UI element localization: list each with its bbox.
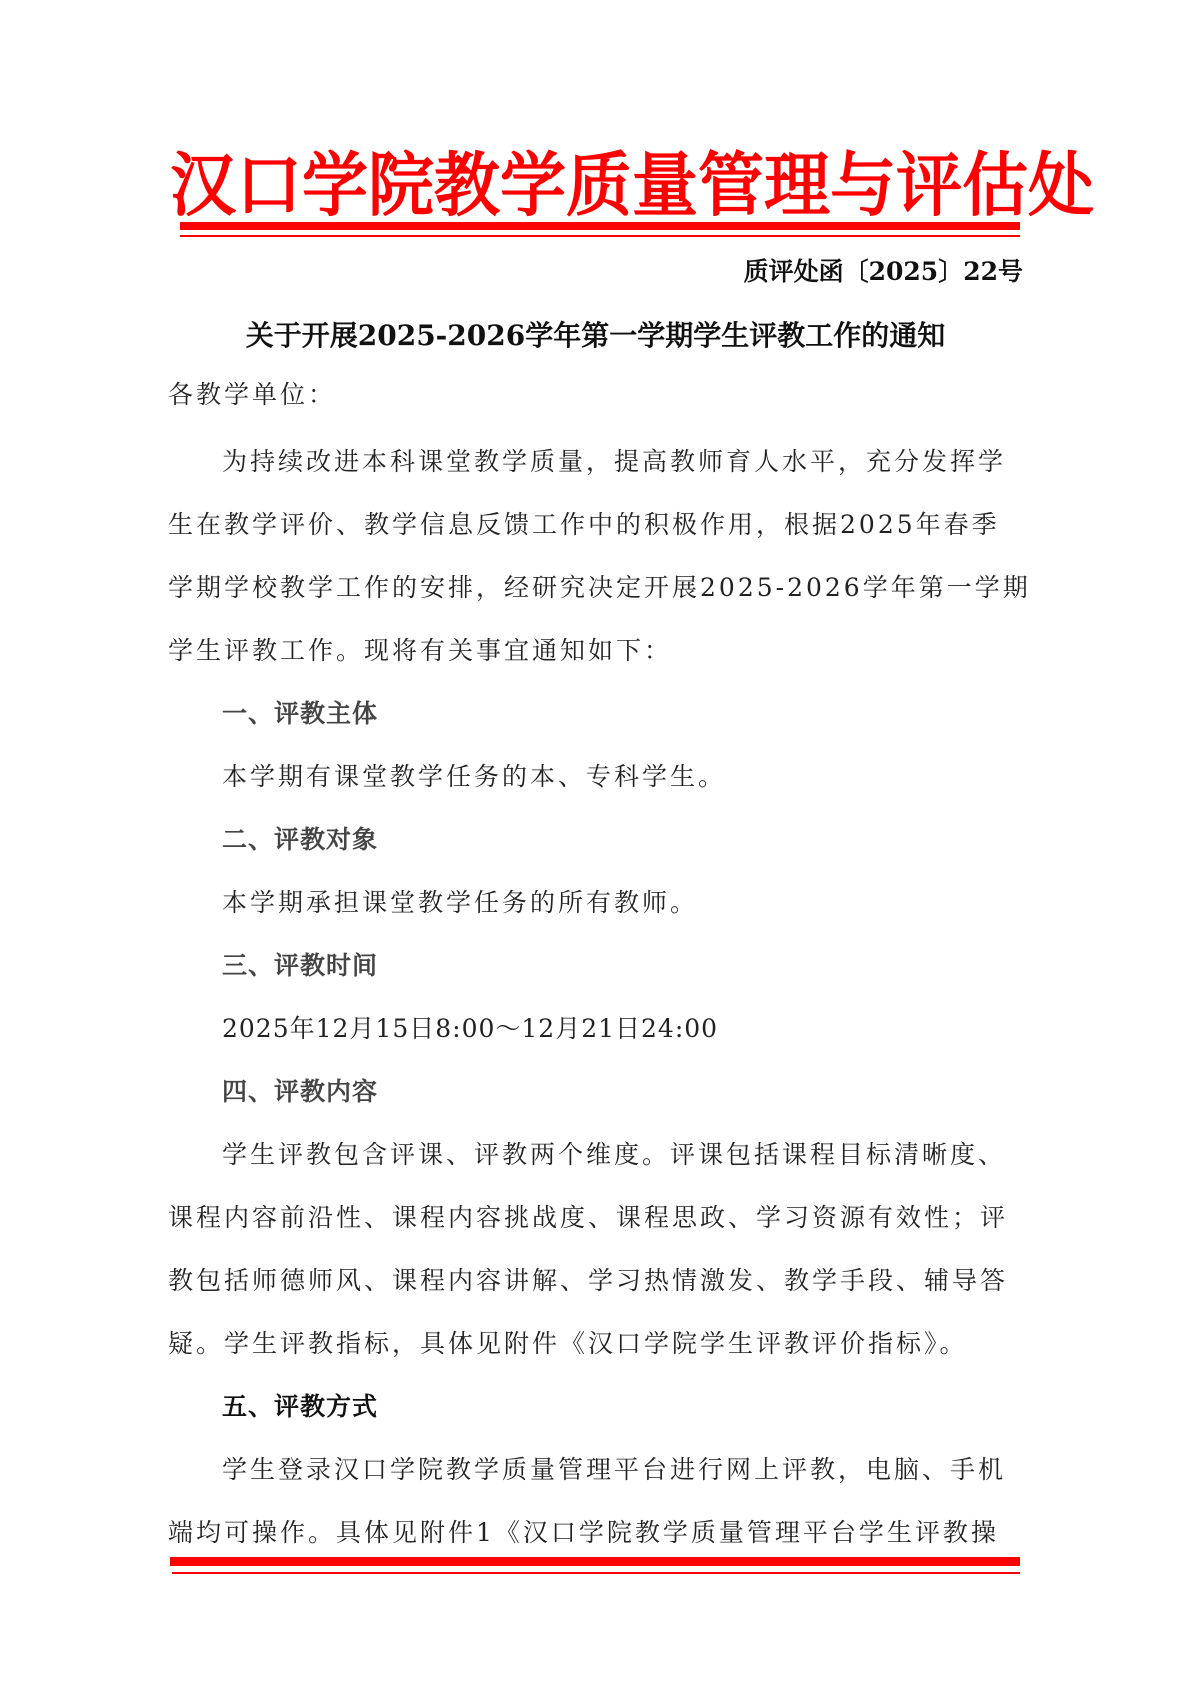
intro-line: 学生评教工作。现将有关事宜通知如下： (168, 619, 1025, 682)
section-time: 三、评教时间 2025年12月15日8:00～12月21日24:00 (183, 934, 1025, 1060)
intro-paragraph: 为持续改进本科课堂教学质量，提高教师育人水平，充分发挥学 生在教学评价、教学信息… (168, 430, 1025, 682)
section-line: 学生评教包含评课、评教两个维度。评课包括课程目标清晰度、 (168, 1123, 1025, 1186)
document-body: 各教学单位： 为持续改进本科课堂教学质量，提高教师育人水平，充分发挥学 生在教学… (183, 370, 1025, 1564)
intro-line: 学期学校教学工作的安排，经研究决定开展2025-2026学年第一学期 (168, 556, 1025, 619)
letterhead-rule-thin (180, 235, 1020, 237)
section-line: 2025年12月15日8:00～12月21日24:00 (168, 997, 1025, 1060)
intro-line: 生在教学评价、教学信息反馈工作中的积极作用，根据2025年春季 (168, 493, 1025, 556)
section-line: 本学期承担课堂教学任务的所有教师。 (168, 871, 1025, 934)
section-content: 四、评教内容 学生评教包含评课、评教两个维度。评课包括课程目标清晰度、 课程内容… (183, 1060, 1025, 1375)
section-heading: 五、评教方式 (168, 1375, 1025, 1438)
section-object: 二、评教对象 本学期承担课堂教学任务的所有教师。 (183, 808, 1025, 934)
section-heading: 一、评教主体 (168, 682, 1025, 745)
footer-rule-thick (170, 1557, 1020, 1566)
section-subject: 一、评教主体 本学期有课堂教学任务的本、专科学生。 (183, 682, 1025, 808)
footer-rule-thin (172, 1572, 1020, 1574)
salutation: 各教学单位： (168, 370, 1025, 420)
document-page: 汉口学院教学质量管理与评估处 质评处函〔2025〕22号 关于开展2025-20… (0, 0, 1191, 1684)
section-line: 课程内容前沿性、课程内容挑战度、课程思政、学习资源有效性；评 (168, 1186, 1025, 1249)
section-line: 疑。学生评教指标，具体见附件《汉口学院学生评教评价指标》。 (168, 1312, 1025, 1375)
section-method: 五、评教方式 学生登录汉口学院教学质量管理平台进行网上评教，电脑、手机 端均可操… (183, 1375, 1025, 1564)
intro-line: 为持续改进本科课堂教学质量，提高教师育人水平，充分发挥学 (168, 430, 1025, 493)
section-line: 本学期有课堂教学任务的本、专科学生。 (168, 745, 1025, 808)
document-number: 质评处函〔2025〕22号 (744, 252, 1023, 288)
section-line: 端均可操作。具体见附件1《汉口学院教学质量管理平台学生评教操 (168, 1501, 1025, 1564)
letterhead-rule-thick (180, 222, 1020, 230)
section-line: 学生登录汉口学院教学质量管理平台进行网上评教，电脑、手机 (168, 1438, 1025, 1501)
section-heading: 三、评教时间 (168, 934, 1025, 997)
document-title: 关于开展2025-2026学年第一学期学生评教工作的通知 (168, 314, 1023, 354)
section-heading: 二、评教对象 (168, 808, 1025, 871)
section-line: 教包括师德师风、课程内容讲解、学习热情激发、教学手段、辅导答 (168, 1249, 1025, 1312)
letterhead-title: 汉口学院教学质量管理与评估处 (170, 148, 1025, 222)
section-heading: 四、评教内容 (168, 1060, 1025, 1123)
